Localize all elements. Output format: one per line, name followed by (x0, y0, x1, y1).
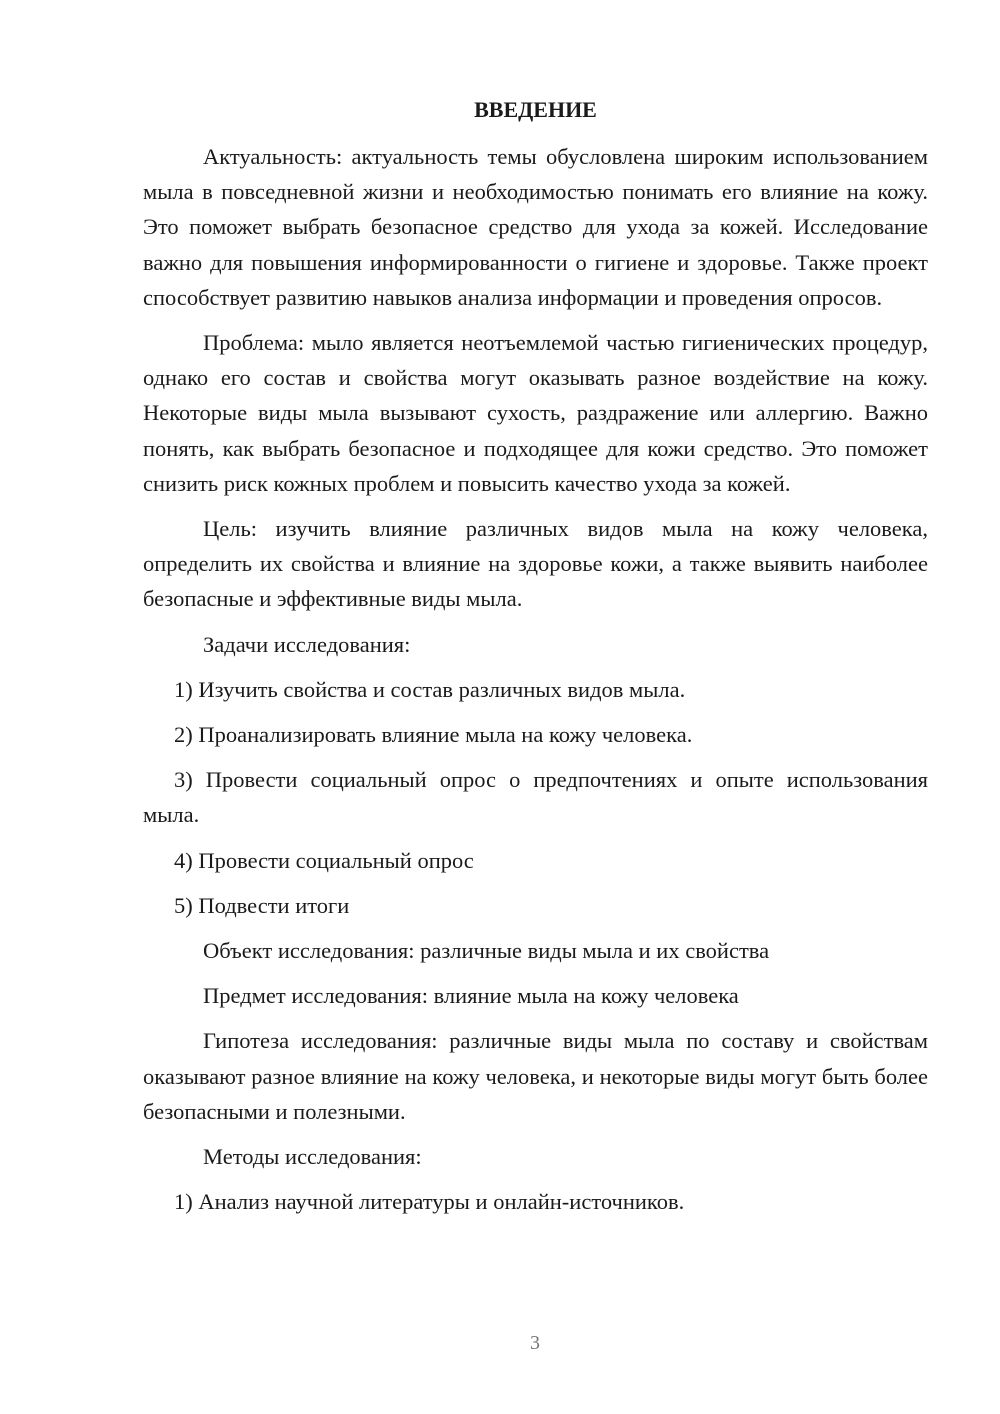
task-item: 2) Проанализировать влияние мыла на кожу… (143, 717, 928, 752)
tasks-heading: Задачи исследования: (143, 627, 928, 662)
method-item: 1) Анализ научной литературы и онлайн-ис… (143, 1184, 928, 1219)
goal-paragraph: Цель: изучить влияние различных видов мы… (143, 511, 928, 617)
page-number: 3 (0, 1332, 1000, 1355)
task-item: 5) Подвести итоги (143, 888, 928, 923)
problem-paragraph: Проблема: мыло является неотъемлемой час… (143, 325, 928, 501)
task-item: 3) Провести социальный опрос о предпочте… (143, 762, 928, 832)
research-object: Объект исследования: различные виды мыла… (143, 933, 928, 968)
research-subject: Предмет исследования: влияние мыла на ко… (143, 978, 928, 1013)
hypothesis-paragraph: Гипотеза исследования: различные виды мы… (143, 1023, 928, 1129)
task-item: 1) Изучить свойства и состав различных в… (143, 672, 928, 707)
section-title: ВВЕДЕНИЕ (143, 92, 928, 127)
task-item: 4) Провести социальный опрос (143, 843, 928, 878)
relevance-paragraph: Актуальность: актуальность темы обусловл… (143, 139, 928, 315)
methods-heading: Методы исследования: (143, 1139, 928, 1174)
document-page: ВВЕДЕНИЕ Актуальность: актуальность темы… (143, 92, 928, 1229)
